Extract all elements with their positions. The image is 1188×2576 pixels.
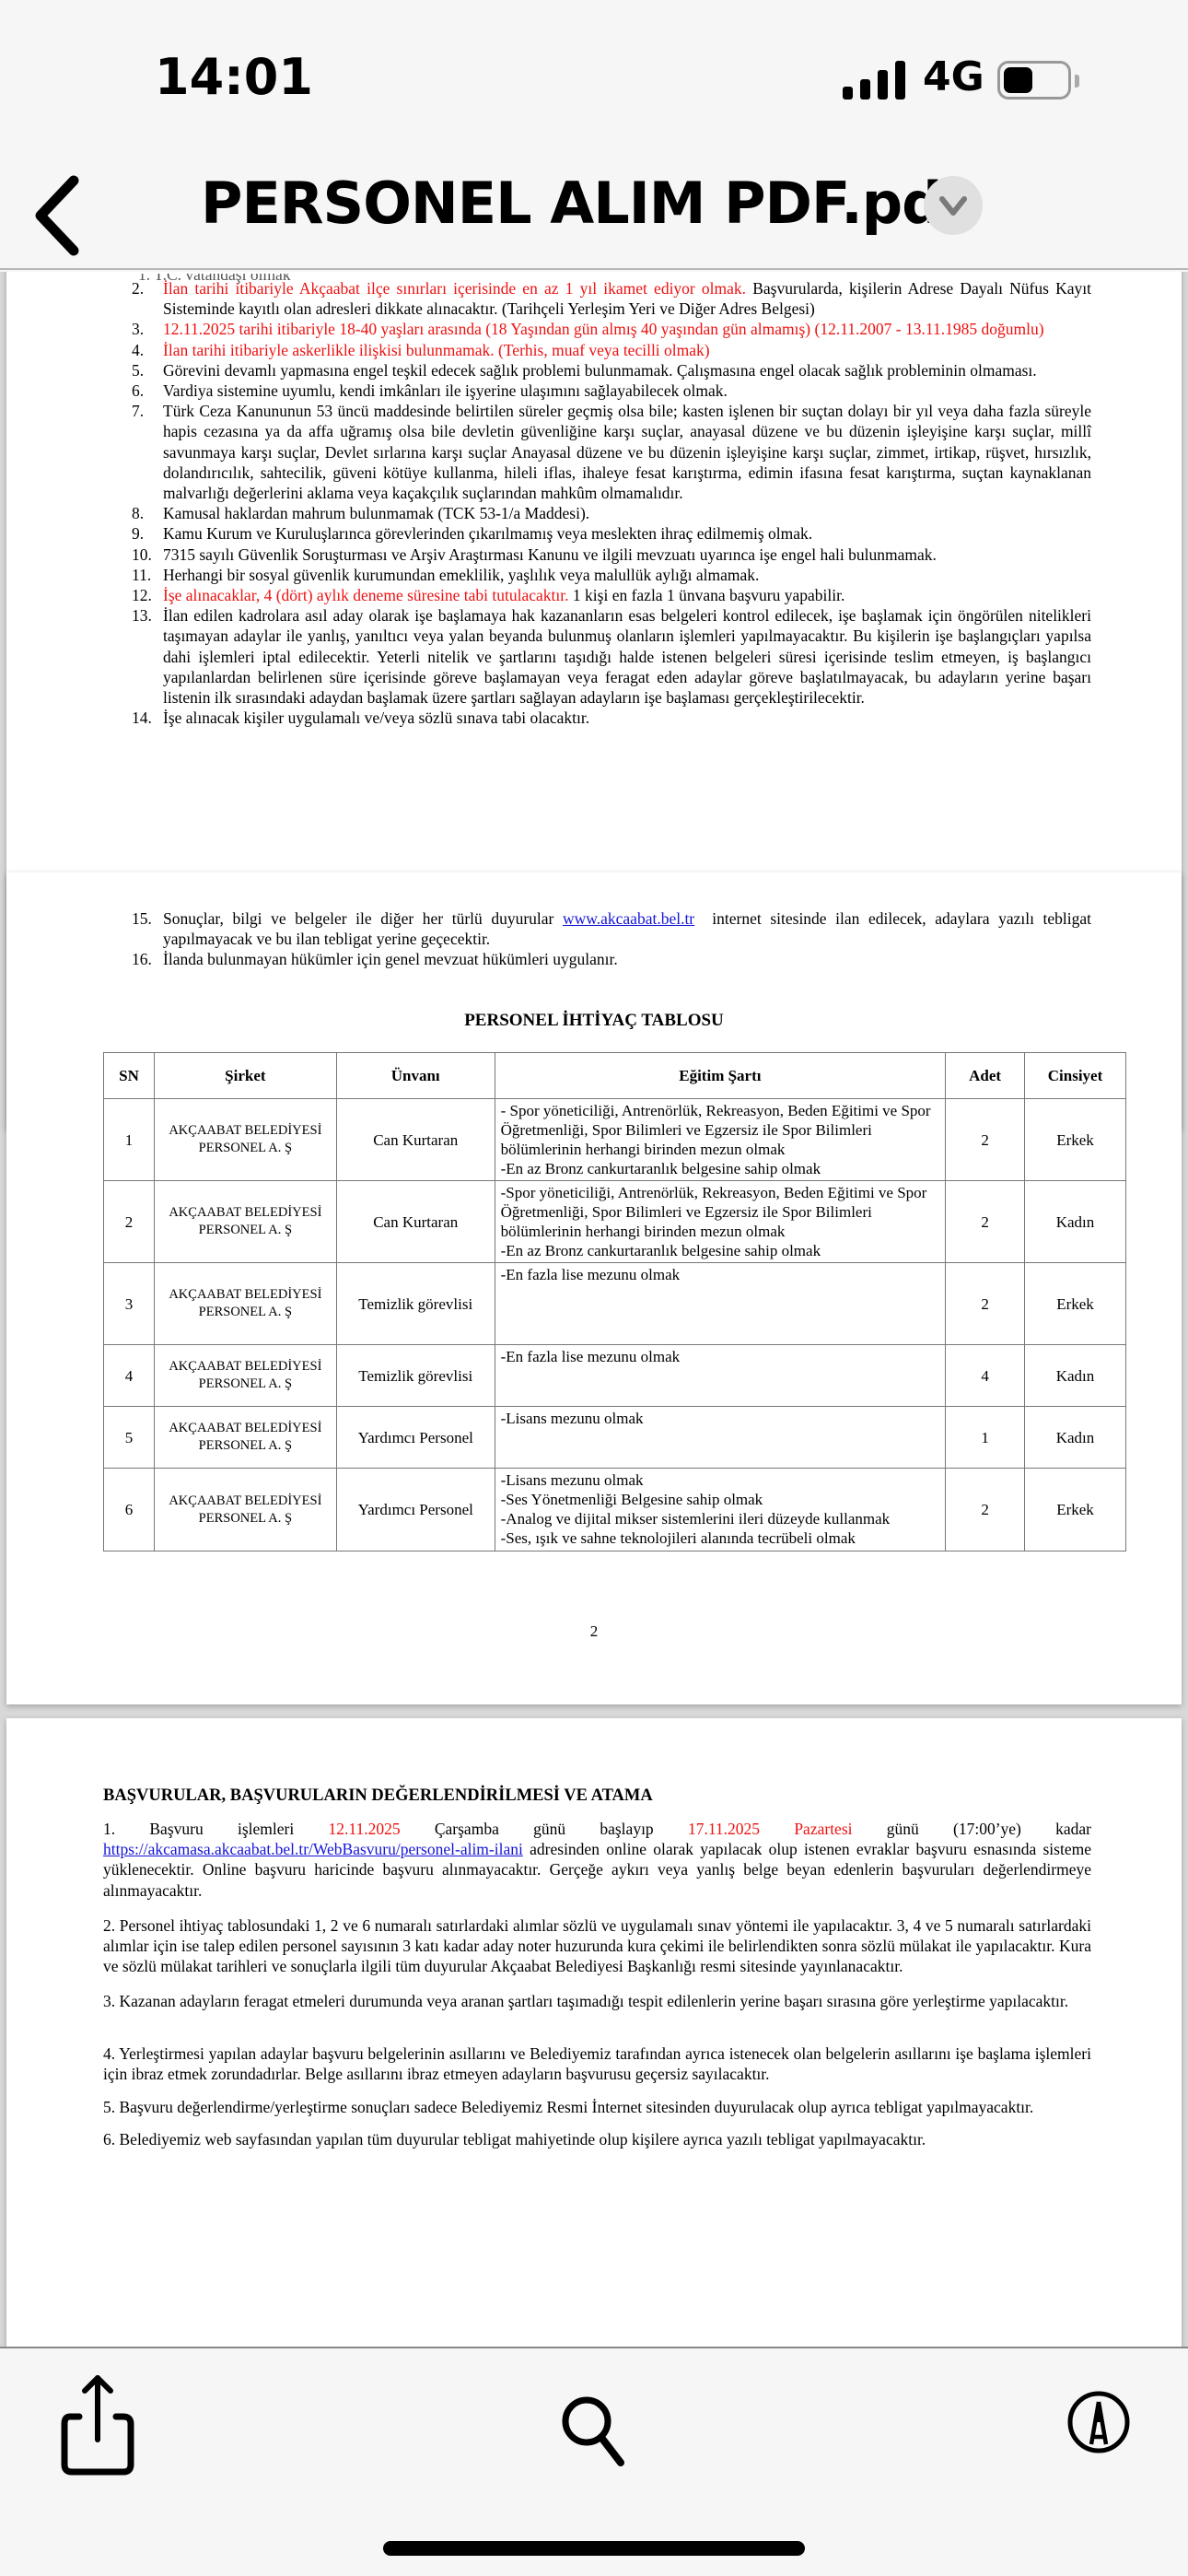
list-item: 2.İlan tarihi itibariyle Akçaabat ilçe s… [132, 278, 1091, 319]
status-time: 14:01 [155, 48, 313, 106]
cell-gender: Erkek [1025, 1469, 1126, 1551]
cell-gender: Kadın [1025, 1345, 1126, 1407]
back-button[interactable] [28, 168, 92, 260]
cellular-signal-icon [843, 61, 905, 100]
cell-sn: 4 [104, 1345, 155, 1407]
list-item: 3.12.11.2025 tarihi itibariyle 18-40 yaş… [132, 319, 1091, 339]
table-row: 1AKÇAABAT BELEDİYESİPERSONEL A. ŞCan Kur… [104, 1099, 1126, 1181]
list-item: 14.İşe alınacak kişiler uygulamalı ve/ve… [132, 708, 1091, 728]
list-item: 16.İlanda bulunmayan hükümler için genel… [132, 949, 1091, 969]
cell-title: Temizlik görevlisi [336, 1263, 495, 1345]
list-item: 7.Türk Ceza Kanununun 53 üncü maddesinde… [132, 401, 1091, 503]
markup-button[interactable] [1066, 2389, 1132, 2455]
paragraph-3: 3. Kazanan adayların feragat etmeleri du… [103, 1991, 1091, 2011]
cell-education: - Spor yöneticiliği, Antrenörlük, Rekrea… [495, 1099, 945, 1181]
table-title: PERSONEL İHTİYAÇ TABLOSU [6, 1011, 1182, 1031]
cell-gender: Kadın [1025, 1407, 1126, 1469]
list-item: 15.Sonuçlar, bilgi ve belgeler ile diğer… [132, 908, 1091, 949]
chevron-left-icon [28, 168, 92, 260]
cell-title: Temizlik görevlisi [336, 1345, 495, 1407]
cell-sn: 6 [104, 1469, 155, 1551]
chevron-down-icon [924, 176, 983, 235]
cell-sn: 3 [104, 1263, 155, 1345]
search-icon [556, 2389, 630, 2472]
list-item: 4.İlan tarihi itibariyle askerlikle iliş… [132, 340, 1091, 360]
table-row: 4AKÇAABAT BELEDİYESİPERSONEL A. ŞTemizli… [104, 1345, 1126, 1407]
cell-gender: Erkek [1025, 1263, 1126, 1345]
pdf-page-2: 15.Sonuçlar, bilgi ve belgeler ile diğer… [6, 872, 1182, 1704]
start-date: 12.11.2025 [328, 1820, 400, 1838]
paragraph-5: 5. Başvuru değerlendirme/yerleştirme son… [103, 2097, 1091, 2117]
application-link[interactable]: https://akcamasa.akcaabat.bel.tr/WebBasv… [103, 1840, 523, 1858]
cell-count: 2 [946, 1099, 1025, 1181]
cell-sn: 5 [104, 1407, 155, 1469]
column-header: Şirket [154, 1053, 336, 1099]
paragraph-6: 6. Belediyemiz web sayfasından yapılan t… [103, 2129, 1091, 2149]
requirements-list-continued: 15.Sonuçlar, bilgi ve belgeler ile diğer… [132, 908, 1091, 970]
paragraph-1: 1. Başvuru işlemleri 12.11.2025 Çarşamba… [103, 1819, 1091, 1901]
column-header: Adet [946, 1053, 1025, 1099]
page-number: 2 [6, 1622, 1182, 1642]
cell-education: -Lisans mezunu olmak [495, 1407, 945, 1469]
search-button[interactable] [556, 2389, 630, 2472]
column-header: Eğitim Şartı [495, 1053, 945, 1099]
column-header: Cinsiyet [1025, 1053, 1126, 1099]
cell-education: -Spor yöneticiliği, Antrenörlük, Rekreas… [495, 1181, 945, 1263]
table-row: 6AKÇAABAT BELEDİYESİPERSONEL A. ŞYardımc… [104, 1469, 1126, 1551]
cell-count: 2 [946, 1469, 1025, 1551]
cell-company: AKÇAABAT BELEDİYESİPERSONEL A. Ş [154, 1263, 336, 1345]
cell-company: AKÇAABAT BELEDİYESİPERSONEL A. Ş [154, 1469, 336, 1551]
battery-icon [997, 61, 1071, 100]
list-item: 10.7315 sayılı Güvenlik Soruşturması ve … [132, 544, 1091, 565]
cell-count: 2 [946, 1181, 1025, 1263]
cell-title: Can Kurtaran [336, 1181, 495, 1263]
cell-education: -En fazla lise mezunu olmak [495, 1263, 945, 1345]
section-heading: BAŞVURULAR, BAŞVURULARIN DEĞERLENDİRİLME… [103, 1786, 653, 1806]
cell-sn: 2 [104, 1181, 155, 1263]
website-link[interactable]: www.akcaabat.bel.tr [563, 909, 694, 928]
personnel-needs-table: SNŞirketÜnvanıEğitim ŞartıAdetCinsiyet 1… [103, 1052, 1126, 1551]
network-type: 4G [923, 53, 984, 100]
table-row: 3AKÇAABAT BELEDİYESİPERSONEL A. ŞTemizli… [104, 1263, 1126, 1345]
bottom-toolbar [0, 2347, 1188, 2576]
requirements-list: 2.İlan tarihi itibariyle Akçaabat ilçe s… [132, 278, 1091, 728]
cell-education: -Lisans mezunu olmak-Ses Yönetmenliği Be… [495, 1469, 945, 1551]
cell-count: 4 [946, 1345, 1025, 1407]
cell-count: 1 [946, 1407, 1025, 1469]
cell-company: AKÇAABAT BELEDİYESİPERSONEL A. Ş [154, 1345, 336, 1407]
cell-sn: 1 [104, 1099, 155, 1181]
share-button[interactable] [59, 2371, 136, 2479]
cell-title: Can Kurtaran [336, 1099, 495, 1181]
end-day: Pazartesi [794, 1820, 852, 1838]
pdf-page-3: BAŞVURULAR, BAŞVURULARIN DEĞERLENDİRİLME… [6, 1718, 1182, 2347]
cell-gender: Erkek [1025, 1099, 1126, 1181]
list-item: 9.Kamu Kurum ve Kuruluşlarınca görevleri… [132, 523, 1091, 544]
cell-title: Yardımcı Personel [336, 1407, 495, 1469]
list-item: 8.Kamusal haklardan mahrum bulunmamak (T… [132, 503, 1091, 523]
home-indicator[interactable] [383, 2541, 805, 2556]
column-header: Ünvanı [336, 1053, 495, 1099]
end-date: 17.11.2025 [688, 1820, 760, 1838]
title-menu-button[interactable] [924, 176, 983, 235]
pdf-viewer[interactable]: 1. T.C. vatandaşı olmak 2.İlan tarihi it… [0, 272, 1188, 2347]
cell-company: AKÇAABAT BELEDİYESİPERSONEL A. Ş [154, 1099, 336, 1181]
table-row: 5AKÇAABAT BELEDİYESİPERSONEL A. ŞYardımc… [104, 1407, 1126, 1469]
status-bar: 14:01 4G [0, 0, 1188, 157]
list-item: 11.Herhangi bir sosyal güvenlik kurumund… [132, 565, 1091, 585]
list-item: 12.İşe alınacaklar, 4 (dört) aylık denem… [132, 585, 1091, 605]
cell-title: Yardımcı Personel [336, 1469, 495, 1551]
paragraph-4: 4. Yerleştirmesi yapılan adaylar başvuru… [103, 2043, 1091, 2084]
cell-company: AKÇAABAT BELEDİYESİPERSONEL A. Ş [154, 1407, 336, 1469]
column-header: SN [104, 1053, 155, 1099]
cell-gender: Kadın [1025, 1181, 1126, 1263]
cell-company: AKÇAABAT BELEDİYESİPERSONEL A. Ş [154, 1181, 336, 1263]
paragraph-2: 2. Personel ihtiyaç tablosundaki 1, 2 ve… [103, 1915, 1091, 1977]
cell-count: 2 [946, 1263, 1025, 1345]
markup-pen-icon [1066, 2389, 1132, 2455]
share-icon [59, 2371, 136, 2479]
cell-education: -En fazla lise mezunu olmak [495, 1345, 945, 1407]
document-title[interactable]: PERSONEL ALIM PDF.pdf [201, 170, 966, 237]
list-item: 13.İlan edilen kadrolara asıl aday olara… [132, 605, 1091, 708]
table-row: 2AKÇAABAT BELEDİYESİPERSONEL A. ŞCan Kur… [104, 1181, 1126, 1263]
navigation-bar: PERSONEL ALIM PDF.pdf [0, 157, 1188, 270]
list-item: 5.Görevini devamlı yapmasına engel teşki… [132, 360, 1091, 381]
list-item: 6.Vardiya sistemine uyumlu, kendi imkânl… [132, 381, 1091, 401]
